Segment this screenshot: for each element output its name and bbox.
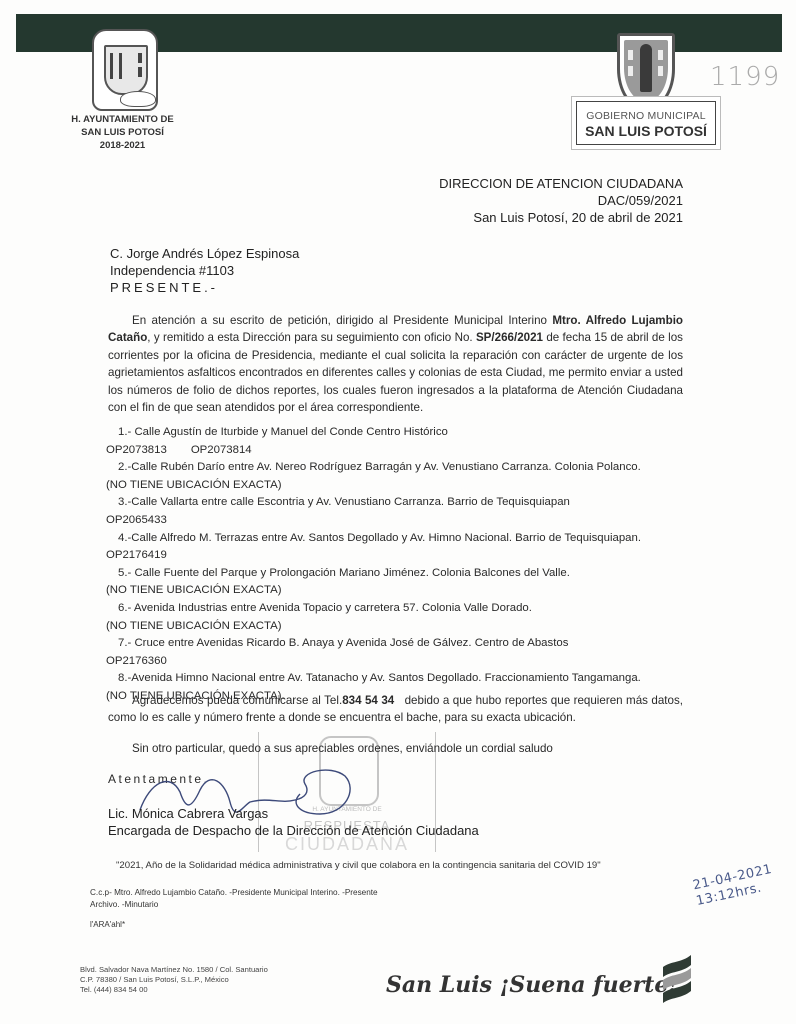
flag-icon: [661, 953, 693, 1003]
signer-block: Lic. Mónica Cabrera Vargas Encargada de …: [108, 805, 479, 839]
report-item: 3.-Calle Vallarta entre calle Escontria …: [106, 494, 706, 512]
ayuntamiento-label: H. AYUNTAMIENTO DE SAN LUIS POTOSÍ 2018-…: [0, 113, 245, 152]
report-item: 1.- Calle Agustín de Iturbide y Manuel d…: [106, 424, 706, 442]
year-motto: "2021, Año de la Solidaridad médica admi…: [116, 860, 601, 871]
recipient-name: C. Jorge Andrés López Espinosa: [110, 245, 299, 262]
folio-number: OP2176419: [106, 549, 167, 561]
intro-paragraph: En atención a su escrito de petición, di…: [108, 312, 683, 416]
signer-name: Lic. Mónica Cabrera Vargas: [108, 805, 479, 822]
report-item: 7.- Cruce entre Avenidas Ricardo B. Anay…: [106, 635, 706, 653]
report-list: 1.- Calle Agustín de Iturbide y Manuel d…: [106, 424, 706, 706]
closing-paragraph: Sin otro particular, quedo a sus aprecia…: [108, 740, 683, 757]
department-header: DIRECCION DE ATENCION CIUDADANA DAC/059/…: [439, 175, 683, 226]
document-date: San Luis Potosí, 20 de abril de 2021: [439, 209, 683, 226]
folio-numbers: OP2176419: [106, 547, 706, 565]
handwritten-folio-number: 1199: [710, 62, 780, 92]
report-item: 6.- Avenida Industrias entre Avenida Top…: [106, 600, 706, 618]
folio-number: OP2176360: [106, 655, 167, 667]
folio-number: OP2065433: [106, 514, 167, 526]
carbon-copy-block: C.c.p- Mtro. Alfredo Lujambio Cataño. -P…: [90, 887, 378, 911]
presente-label: PRESENTE.-: [110, 279, 299, 296]
ayuntamiento-crest-icon: [92, 29, 158, 111]
signer-title: Encargada de Despacho de la Dirección de…: [108, 822, 479, 839]
folio-numbers: OP2065433: [106, 512, 706, 530]
location-note: (NO TIENE UBICACIÓN EXACTA): [106, 477, 706, 495]
footer-address: Blvd. Salvador Nava Martínez No. 1580 / …: [80, 965, 268, 996]
report-item: 4.-Calle Alfredo M. Terrazas entre Av. S…: [106, 530, 706, 548]
footer-slogan: San Luis ¡Suena fuerte!: [386, 972, 678, 998]
document-reference: DAC/059/2021: [439, 192, 683, 209]
typist-initials: l'ARA'ahl*: [90, 920, 125, 929]
location-note: (NO TIENE UBICACIÓN EXACTA): [106, 582, 706, 600]
folio-number: OP2073813: [106, 444, 167, 456]
report-item: 5.- Calle Fuente del Parque y Prolongaci…: [106, 565, 706, 583]
department-name: DIRECCION DE ATENCION CIUDADANA: [439, 175, 683, 192]
report-item: 8.-Avenida Himno Nacional entre Av. Tata…: [106, 670, 706, 688]
location-note: (NO TIENE UBICACIÓN EXACTA): [106, 618, 706, 636]
folio-numbers: OP2176360: [106, 653, 706, 671]
thanks-paragraph: Agradecemos pueda comunicarse al Tel.834…: [108, 692, 683, 727]
report-item: 2.-Calle Rubén Darío entre Av. Nereo Rod…: [106, 459, 706, 477]
folio-number: OP2073814: [191, 444, 252, 456]
received-handwritten-stamp: 21-04-2021 13:12hrs.: [692, 862, 777, 910]
folio-numbers: OP2073813OP2073814: [106, 442, 706, 460]
gobierno-municipal-logo: GOBIERNO MUNICIPAL SAN LUIS POTOSÍ: [571, 96, 721, 150]
recipient-block: C. Jorge Andrés López Espinosa Independe…: [110, 245, 299, 296]
recipient-address: Independencia #1103: [110, 262, 299, 279]
